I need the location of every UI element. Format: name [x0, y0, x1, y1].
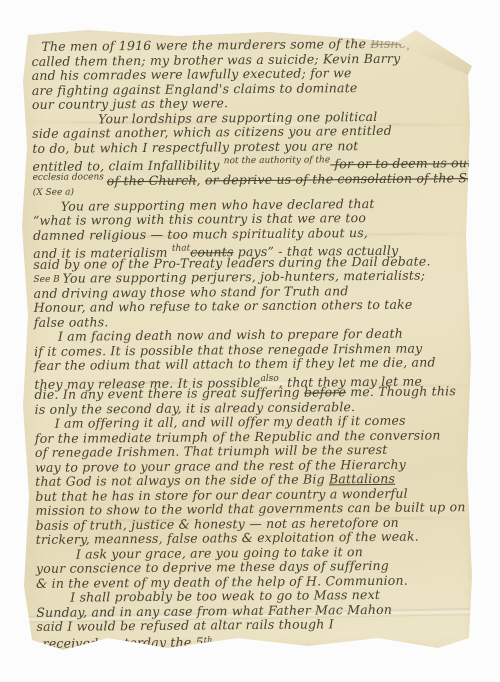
insertion-above: also [260, 373, 278, 383]
letter-text: The men of 1916 were the murderers some … [31, 36, 478, 649]
insertion-above: that [172, 244, 190, 254]
letter-line: received yesterday the 5th [43, 631, 479, 649]
strikethrough-segment: or deprive us of the consolation of the … [205, 169, 500, 187]
text-segment: received yesterday the 5 [43, 634, 204, 650]
insertion-above: not the authority of the [224, 155, 330, 166]
text-segment: Honour, and who refuse to take or sancti… [34, 297, 413, 315]
letter-page-wrap: The men of 1916 were the murderers some … [18, 26, 486, 662]
insertion-above: ecclesia docens [33, 172, 107, 183]
superscript-segment: th [204, 635, 213, 644]
scan-background: The men of 1916 were the murderers some … [0, 0, 500, 682]
letter-page: The men of 1916 were the murderers some … [18, 26, 486, 662]
margin-note: See B [33, 275, 62, 285]
text-segment: me. Though this [346, 383, 456, 399]
underlined-segment: Battalions [329, 471, 395, 487]
strikethrough-segment: of the Church [107, 172, 197, 188]
strikethrough-segment: before [304, 384, 346, 399]
text-segment: false oaths. [34, 314, 109, 330]
margin-note: (X See a) [33, 188, 74, 198]
text-segment: said I would be refused at altar rails t… [36, 616, 333, 634]
